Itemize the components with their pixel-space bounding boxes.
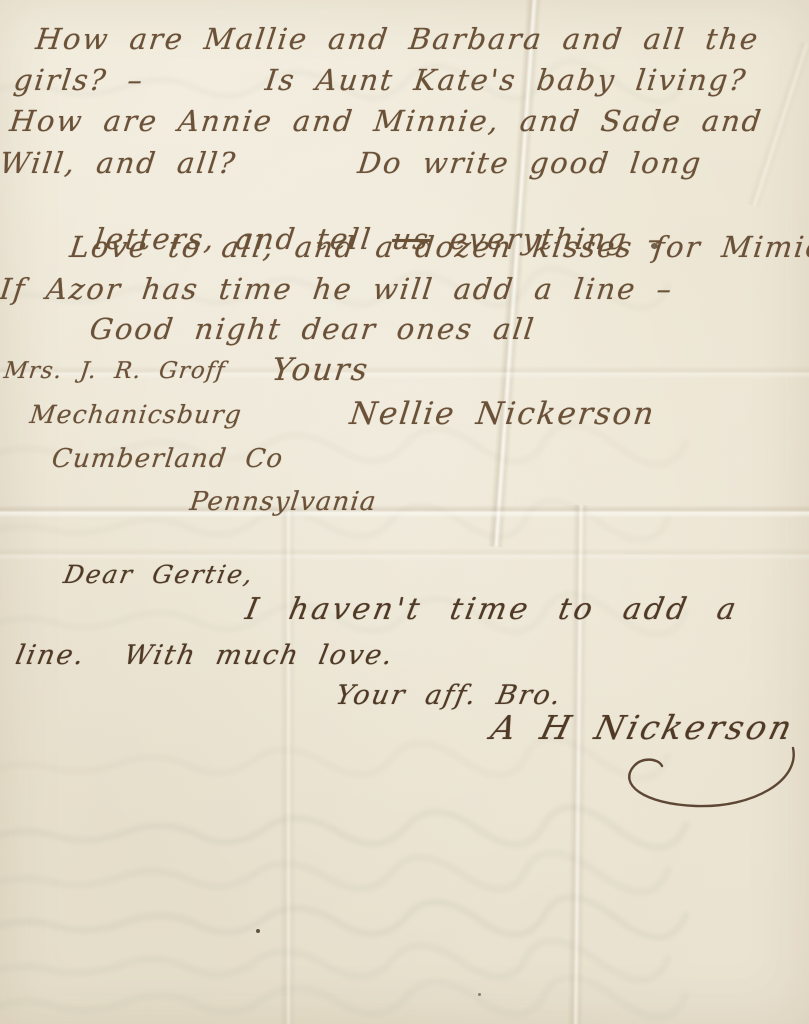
valediction: Yours <box>270 352 372 388</box>
address-name: Mrs. J. R. Groff <box>2 358 227 384</box>
letter-line-4: Will, and all? Do write good long <box>0 146 704 180</box>
letter-line-2: girls? – Is Aunt Kate's baby living? <box>12 63 749 97</box>
letter-line-1: How are Mallie and Barbara and all the <box>34 22 761 56</box>
ps-salutation: Dear Gertie, <box>61 560 257 589</box>
letter-page: How are Mallie and Barbara and all the g… <box>0 0 809 1024</box>
letter-line-8: Good night dear ones all <box>88 312 537 346</box>
letter-line-6: Love to all, and a dozen kisses for Mimi… <box>68 230 809 264</box>
ink-speck-2 <box>478 993 481 996</box>
address-county: Cumberland Co <box>50 444 285 474</box>
letter-line-7: If Azor has time he will add a line – <box>0 272 675 306</box>
ps-valediction: Your aff. Bro. <box>333 680 565 711</box>
letter-line-3: How are Annie and Minnie, and Sade and <box>8 104 765 138</box>
signature-nellie: Nellie Nickerson <box>348 396 658 432</box>
ps-line-2: line. With much love. <box>13 640 397 671</box>
fold-crease-horizontal-main <box>0 505 809 518</box>
address-town: Mechanicsburg <box>28 400 244 429</box>
address-state: Pennsylvania <box>188 487 378 517</box>
ps-line-1: I haven't time to add a <box>243 592 742 627</box>
ps-signature: A H Nickerson <box>487 708 799 747</box>
fold-crease-vertical-bottom-right <box>567 505 588 1024</box>
ink-speck-1 <box>256 929 260 933</box>
fold-crease-vertical-bottom-left <box>280 510 296 1024</box>
signature-flourish <box>588 742 808 827</box>
